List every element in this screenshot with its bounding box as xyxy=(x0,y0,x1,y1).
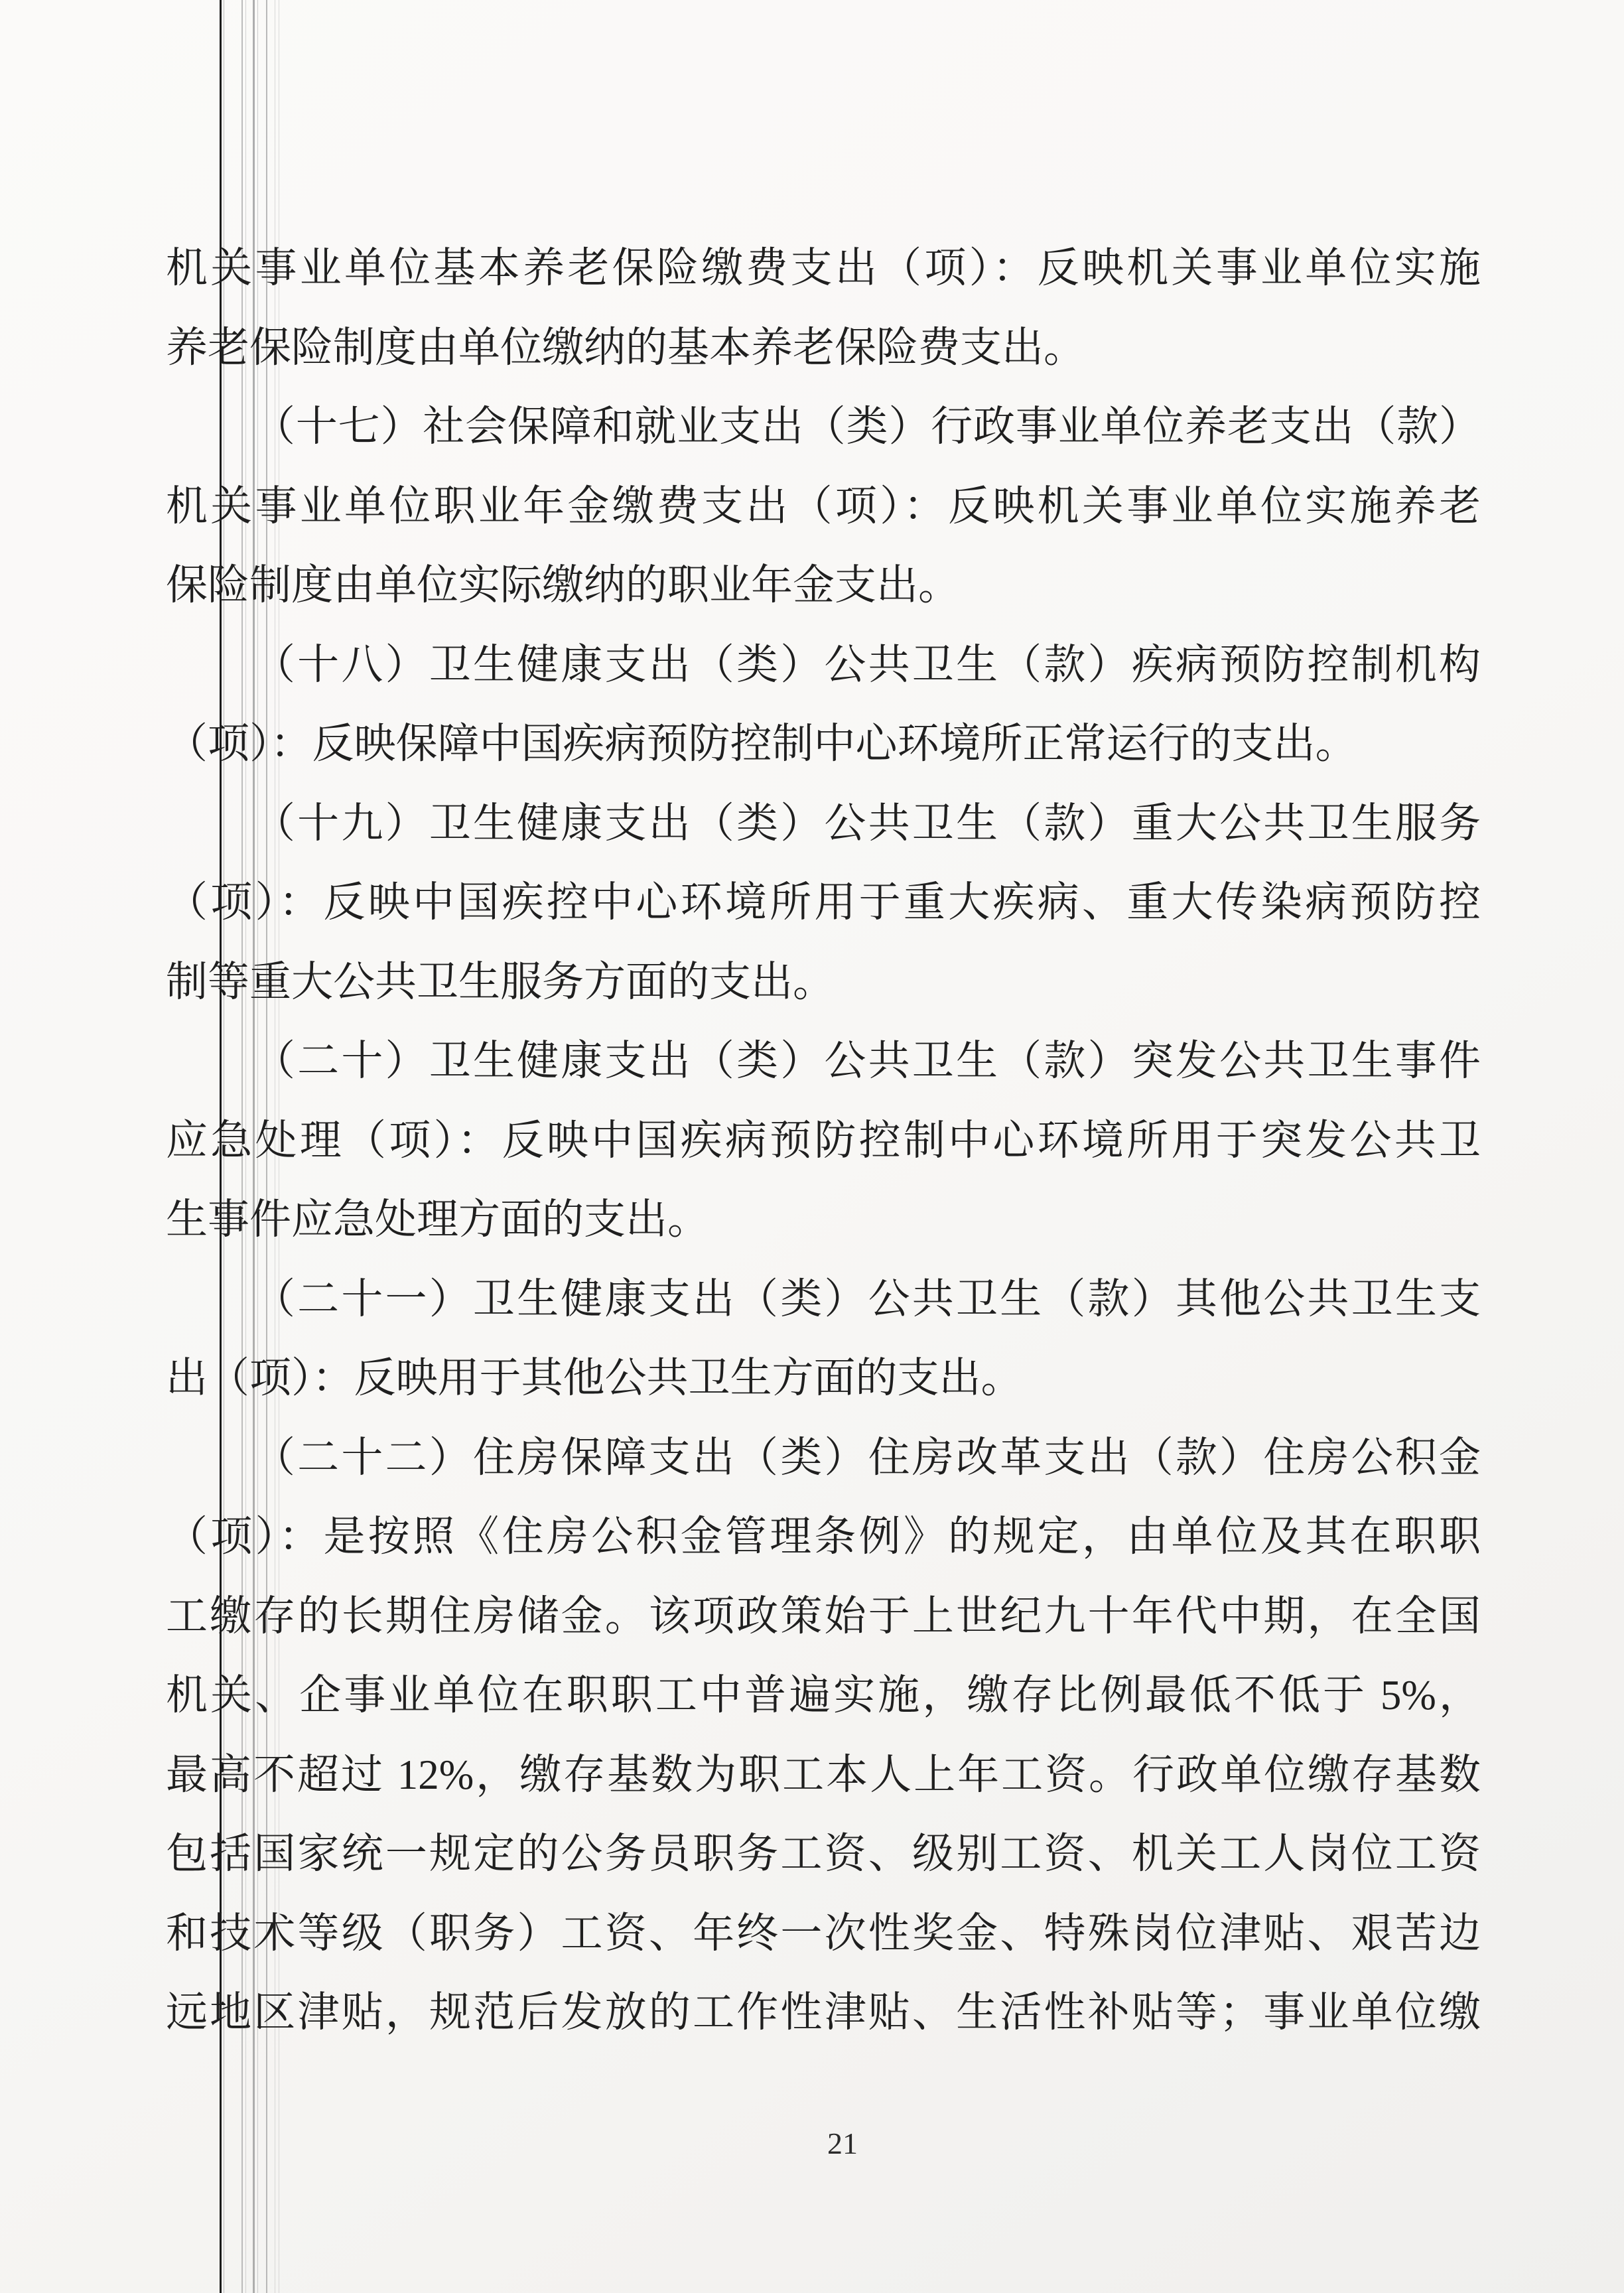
text-line: 机关事业单位基本养老保险缴费支出（项）：反映机关事业单位实施 xyxy=(166,229,1481,309)
text-line: （项）：反映保障中国疾病预防控制中心环境所正常运行的支出。 xyxy=(166,705,1481,784)
text-line: 包括国家统一规定的公务员职务工资、级别工资、机关工人岗位工资 xyxy=(166,1815,1481,1894)
text-line: （项）：反映中国疾控中心环境所用于重大疾病、重大传染病预防控 xyxy=(166,863,1481,943)
text-line: 机关事业单位职业年金缴费支出（项）：反映机关事业单位实施养老 xyxy=(166,467,1481,547)
text-line: 生事件应急处理方面的支出。 xyxy=(166,1180,1481,1260)
scanned-document-page: 机关事业单位基本养老保险缴费支出（项）：反映机关事业单位实施养老保险制度由单位缴… xyxy=(0,0,1624,2293)
text-line: 最高不超过 12%，缴存基数为职工本人上年工资。行政单位缴存基数 xyxy=(166,1736,1481,1815)
text-line: （项）：是按照《住房公积金管理条例》的规定，由单位及其在职职 xyxy=(166,1497,1481,1577)
text-line: （十八）卫生健康支出（类）公共卫生（款）疾病预防控制机构 xyxy=(166,626,1481,705)
text-line: （十七）社会保障和就业支出（类）行政事业单位养老支出（款） xyxy=(166,387,1481,467)
text-line: 保险制度由单位实际缴纳的职业年金支出。 xyxy=(166,546,1481,626)
text-line: （二十一）卫生健康支出（类）公共卫生（款）其他公共卫生支 xyxy=(166,1260,1481,1340)
text-line: 远地区津贴，规范后发放的工作性津贴、生活性补贴等；事业单位缴 xyxy=(166,1973,1481,2053)
text-line: 养老保险制度由单位缴纳的基本养老保险费支出。 xyxy=(166,309,1481,388)
text-line: （二十二）住房保障支出（类）住房改革支出（款）住房公积金 xyxy=(166,1419,1481,1498)
page-number: 21 xyxy=(763,2126,922,2161)
text-line: 和技术等级（职务）工资、年终一次性奖金、特殊岗位津贴、艰苦边 xyxy=(166,1894,1481,1974)
text-line: 工缴存的长期住房储金。该项政策始于上世纪九十年代中期，在全国 xyxy=(166,1577,1481,1657)
text-line: 机关、企事业单位在职职工中普遍实施，缴存比例最低不低于 5%， xyxy=(166,1656,1481,1736)
text-line: 应急处理（项）：反映中国疾病预防控制中心环境所用于突发公共卫 xyxy=(166,1101,1481,1181)
text-line: （二十）卫生健康支出（类）公共卫生（款）突发公共卫生事件 xyxy=(166,1022,1481,1101)
text-line: （十九）卫生健康支出（类）公共卫生（款）重大公共卫生服务 xyxy=(166,784,1481,864)
text-line: 制等重大公共卫生服务方面的支出。 xyxy=(166,943,1481,1022)
document-body-text: 机关事业单位基本养老保险缴费支出（项）：反映机关事业单位实施养老保险制度由单位缴… xyxy=(166,229,1481,2053)
text-line: 出（项）：反映用于其他公共卫生方面的支出。 xyxy=(166,1339,1481,1419)
